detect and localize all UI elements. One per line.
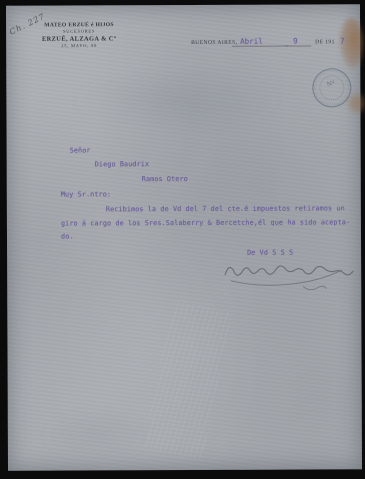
paper-smudge-upper (66, 65, 286, 136)
body-line-1: Recibimos la de Vd del 7 del cte.é impue… (106, 204, 345, 213)
letter-paper: Ch. 227 MATEO ERZUÉ é HIJOS SUCESORES ER… (6, 4, 362, 471)
recipient-location: Ramos Otero (142, 175, 188, 183)
scanned-letter: Ch. 227 MATEO ERZUÉ é HIJOS SUCESORES ER… (0, 0, 365, 479)
recipient-salutation: Señor (70, 146, 91, 154)
dateline-year-digit: 7 (340, 36, 345, 45)
paper-watermark (143, 300, 232, 459)
signature-handwriting (217, 250, 357, 297)
dateline-day-rule (285, 45, 311, 46)
dateline-year-prefix: DE 191 (315, 39, 335, 45)
dateline-month: Abril (240, 37, 263, 46)
letterhead-company-line: ERZUÉ, ALZAGA & Cº (39, 35, 119, 43)
dateline-day: 9 (293, 37, 298, 46)
reception-stamp: Nº (308, 64, 355, 111)
letterhead: MATEO ERZUÉ é HIJOS SUCESORES ERZUÉ, ALZ… (39, 21, 119, 49)
paper-smudge-lower (38, 405, 158, 466)
greeting-line: Muy Sr.ntro: (61, 190, 111, 198)
letterhead-address-line: 25, MAYO, 99 (39, 43, 119, 50)
body-line-2: giro á cargo de los Sres.Salaberry & Ber… (61, 218, 350, 227)
body-line-3: do. (61, 232, 74, 240)
recipient-name: Diego Baudrix (95, 160, 150, 168)
dateline-place: BUENOS AIRES, (191, 40, 237, 46)
dateline-month-rule (232, 46, 288, 47)
